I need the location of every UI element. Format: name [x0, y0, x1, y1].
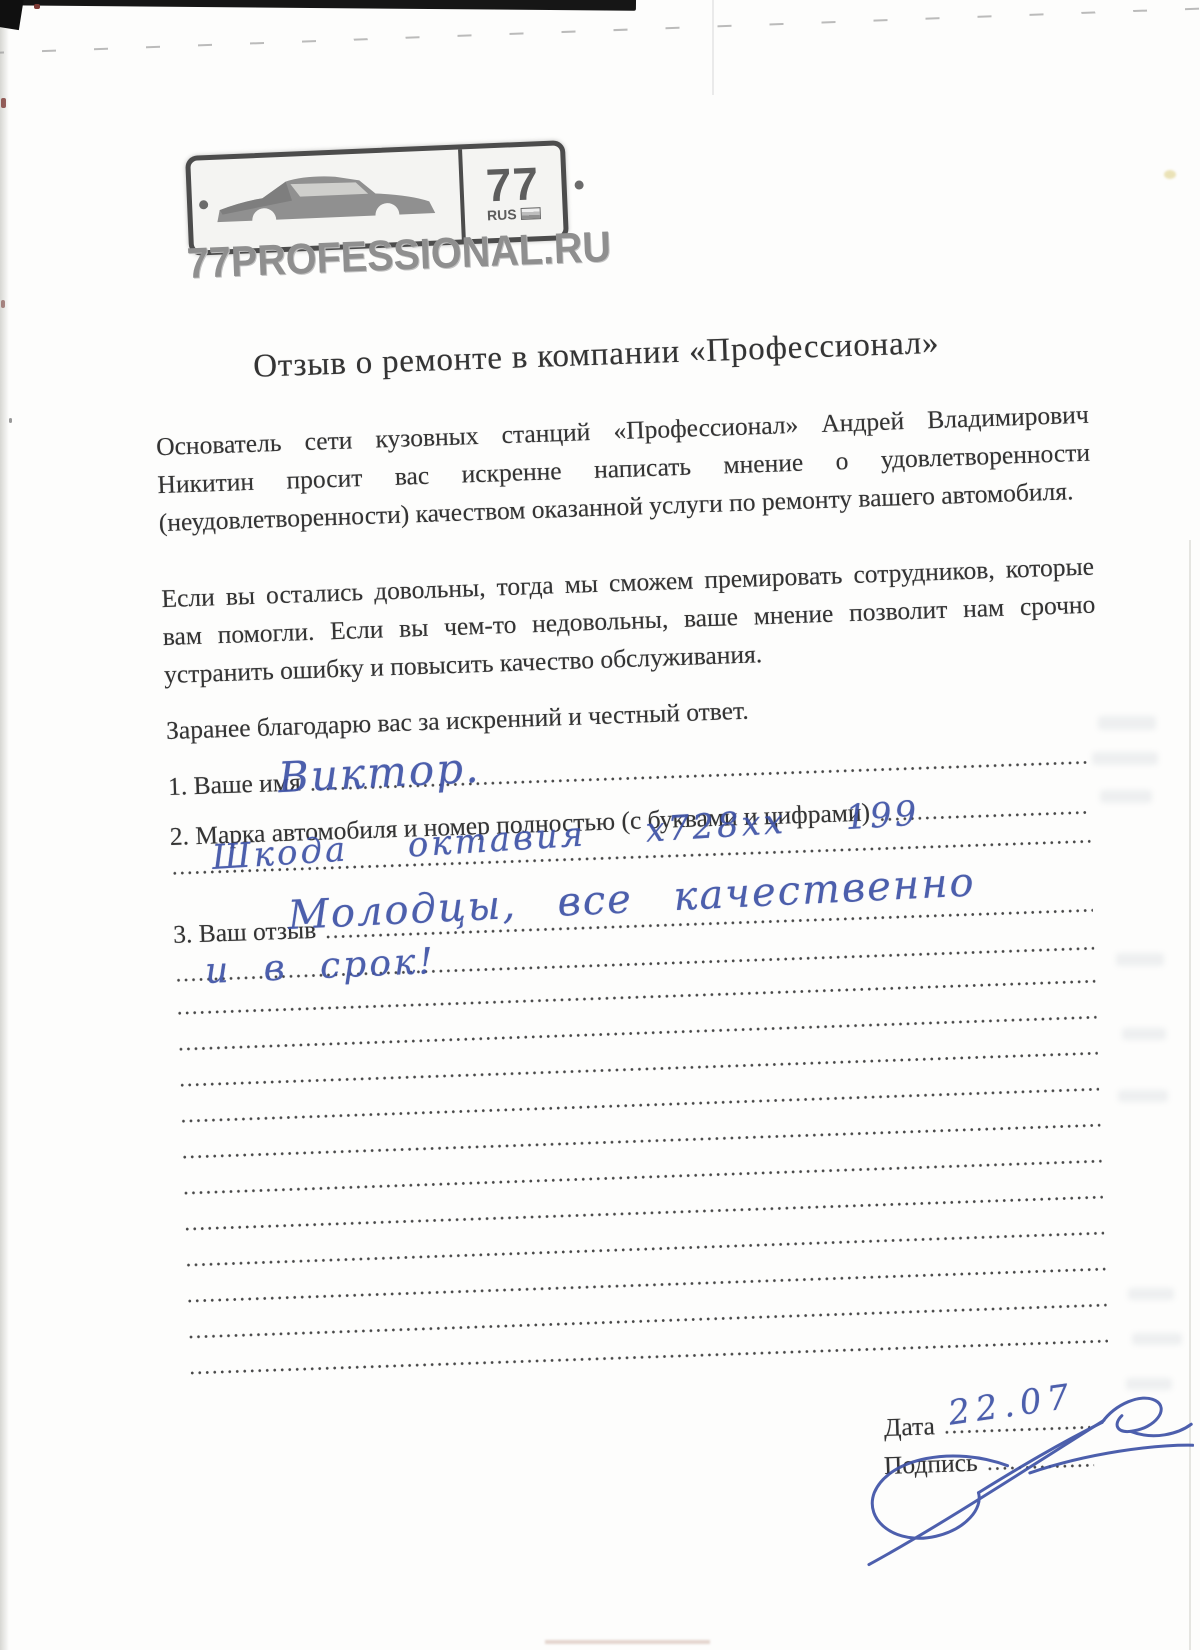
intro-paragraph-2: Если вы остались довольны, тогда мы смож… [161, 548, 1097, 694]
review-blank-line [177, 1015, 1097, 1052]
review-blank-line [187, 1303, 1107, 1340]
review-blank-line [180, 1087, 1100, 1124]
review-blank-line [181, 1123, 1101, 1160]
intro-paragraph-3: Заранее благодарю вас за искренний и чес… [165, 679, 1099, 750]
review-blank-line [183, 1195, 1103, 1232]
review-blank-line [178, 1051, 1098, 1088]
handwritten-signature-flourish [857, 1387, 1198, 1569]
review-blank-line [182, 1159, 1102, 1196]
review-blank-line [186, 1267, 1106, 1304]
scan-bottom-smudge [545, 1640, 710, 1644]
review-blank-line [185, 1231, 1105, 1268]
review-blank-lines [176, 979, 1109, 1407]
review-blank-line [188, 1339, 1108, 1376]
scanned-feedback-form: 77 RUS 77PROFESSIONAL.RU Отзыв о ремонте… [0, 0, 1200, 1650]
page-title: Отзыв о ремонте в компании «Профессионал… [116, 320, 1077, 390]
intro-paragraph-1: Основатель сети кузовных станций «Профес… [156, 396, 1092, 542]
